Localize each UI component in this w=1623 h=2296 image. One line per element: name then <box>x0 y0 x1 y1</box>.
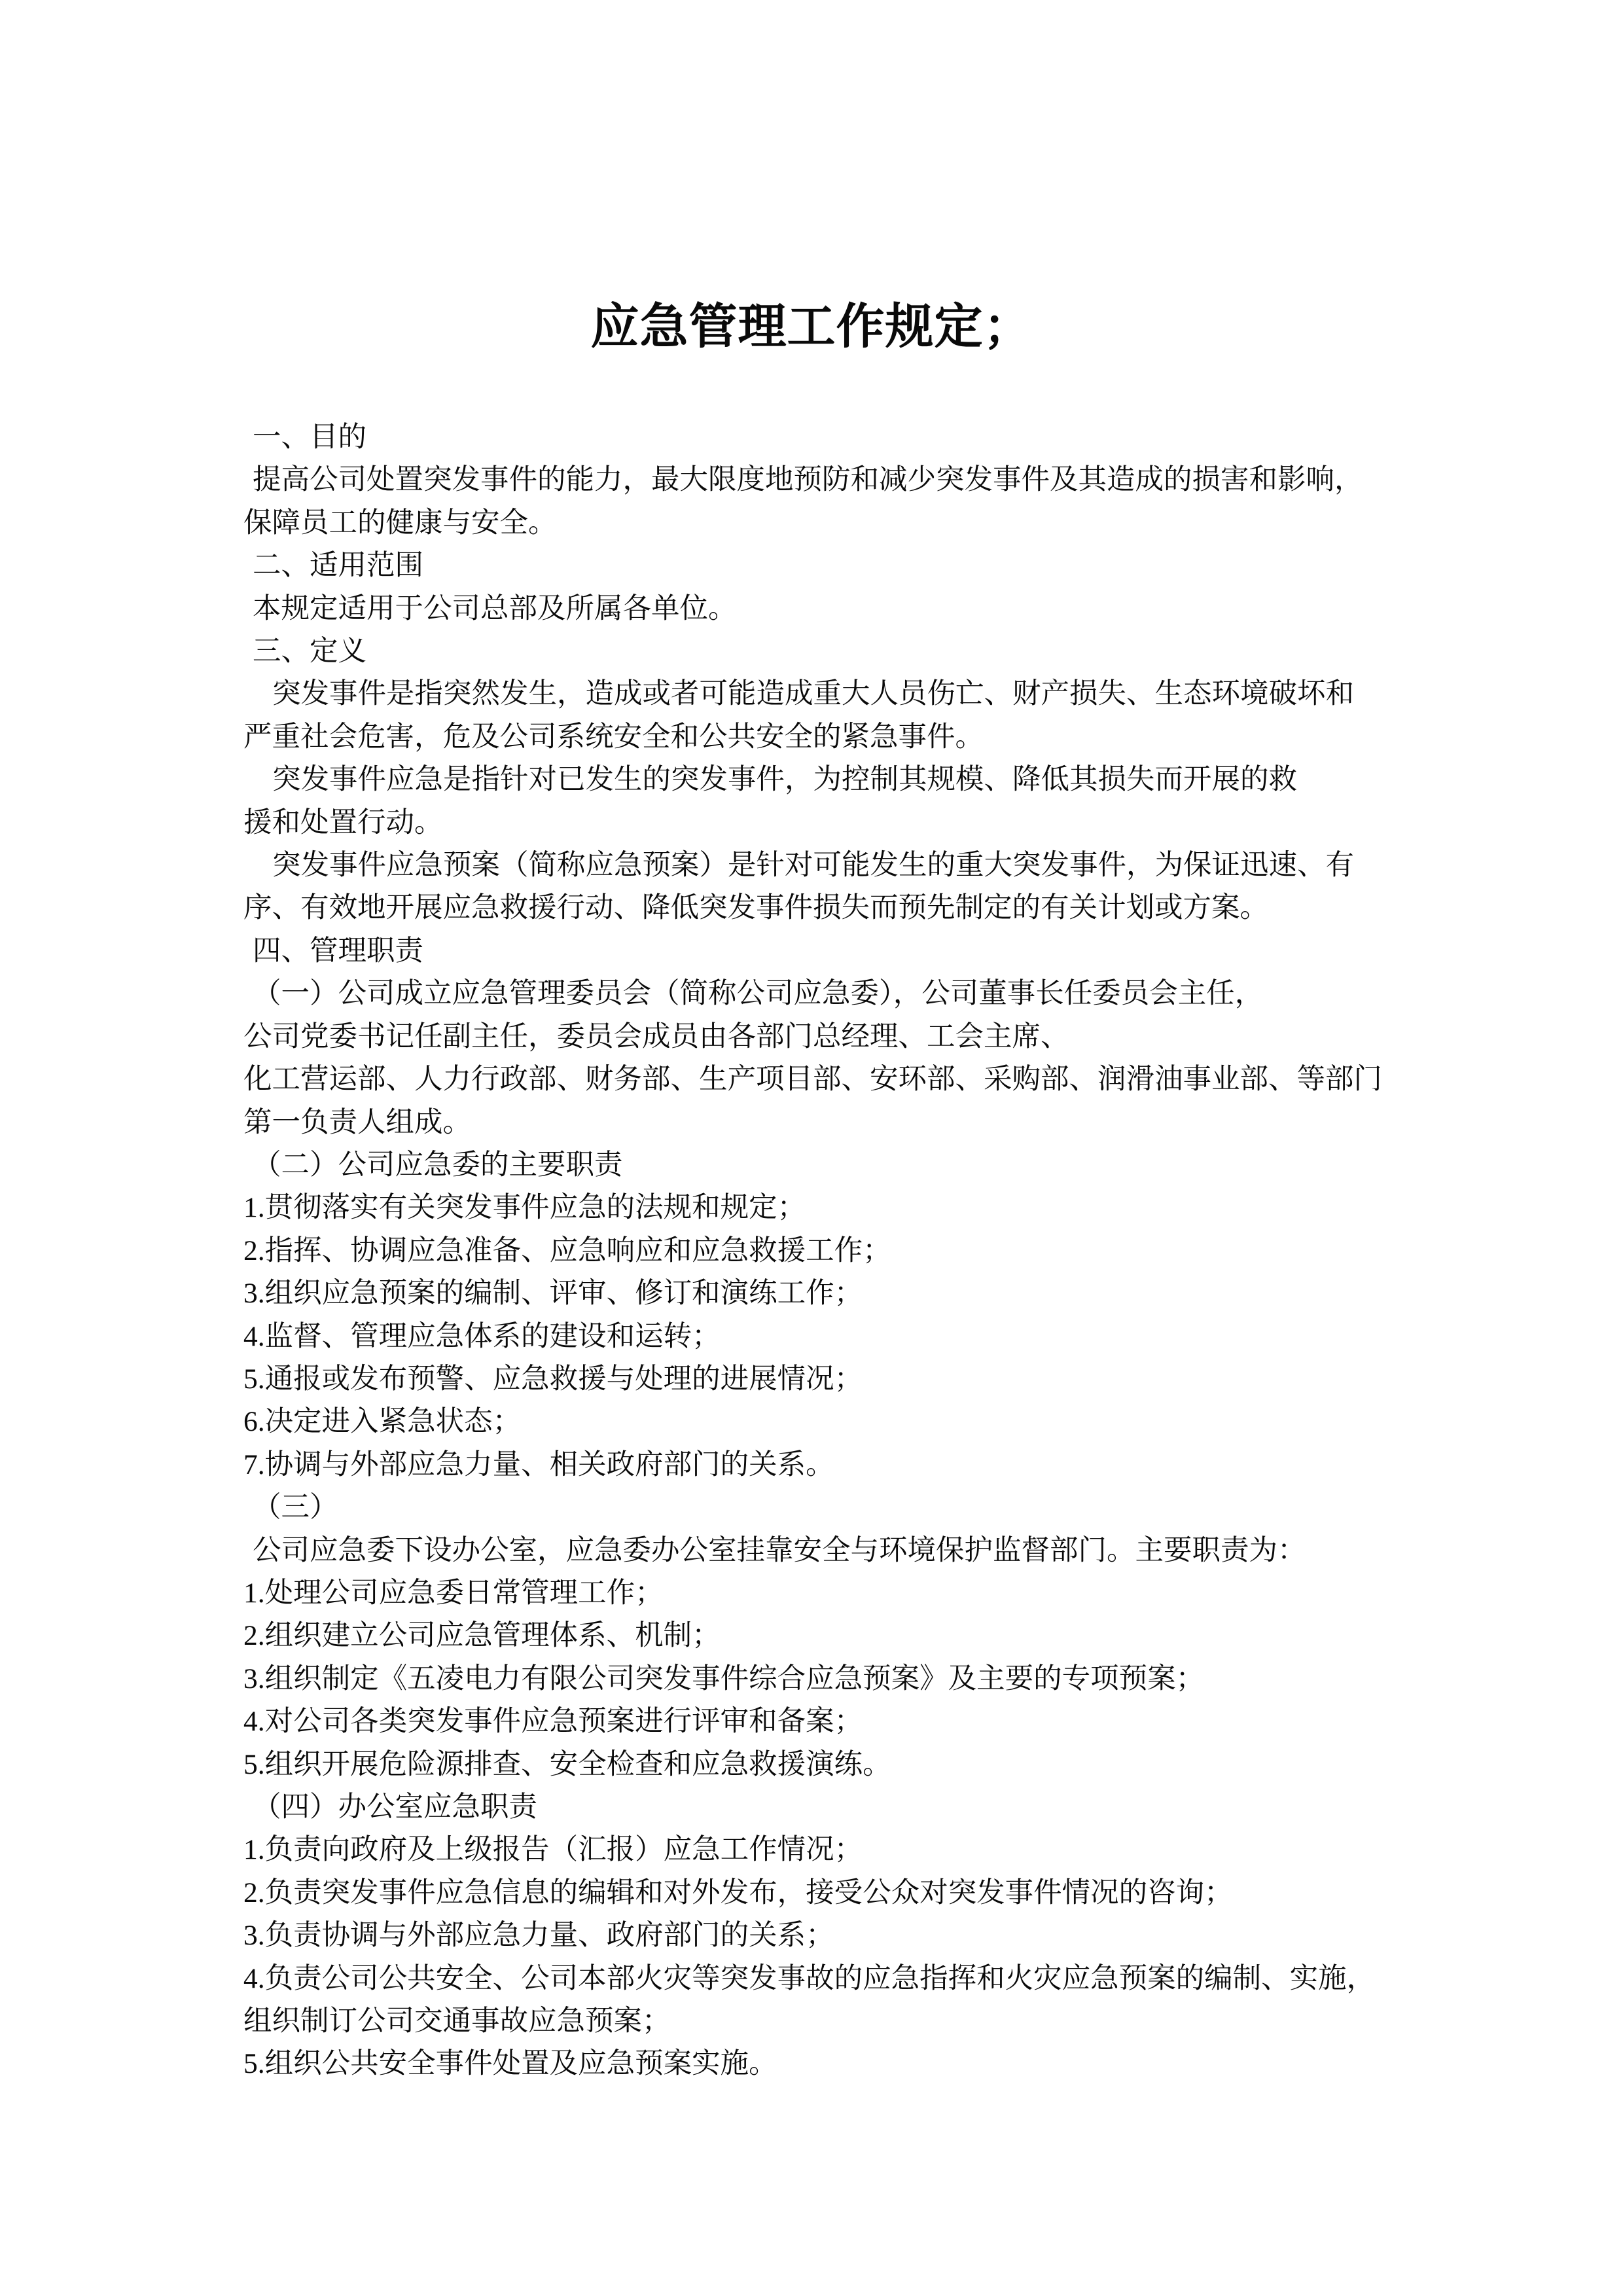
text-line: 一、目的 <box>243 416 1421 459</box>
text-line: 公司应急委下设办公室，应急委办公室挂靠安全与环境保护监督部门。主要职责为： <box>243 1530 1421 1572</box>
text-line: 序、有效地开展应急救援行动、降低突发事件损失而预先制定的有关计划或方案。 <box>243 887 1421 929</box>
text-line: 公司党委书记任副主任，委员会成员由各部门总经理、工会主席、 <box>243 1016 1421 1058</box>
text-line: 突发事件应急是指针对已发生的突发事件，为控制其规模、降低其损失而开展的救 <box>243 759 1421 801</box>
text-line: 1.负责向政府及上级报告（汇报）应急工作情况； <box>243 1829 1421 1871</box>
text-line: 援和处置行动。 <box>243 802 1421 844</box>
text-line: 保障员工的健康与安全。 <box>243 502 1421 545</box>
text-line: 4.负责公司公共安全、公司本部火灾等突发事故的应急指挥和火灾应急预案的编制、实施… <box>243 1958 1421 2000</box>
text-line: 二、适用范围 <box>243 545 1421 587</box>
text-line: 1.处理公司应急委日常管理工作； <box>243 1572 1421 1615</box>
text-line: 2.负责突发事件应急信息的编辑和对外发布，接受公众对突发事件情况的咨询； <box>243 1872 1421 1914</box>
text-line: 4.对公司各类突发事件应急预案进行评审和备案； <box>243 1700 1421 1743</box>
text-line: 3.负责协调与外部应急力量、政府部门的关系； <box>243 1914 1421 1957</box>
text-line: 5.组织公共安全事件处置及应急预案实施。 <box>243 2043 1421 2085</box>
text-line: 突发事件应急预案（简称应急预案）是针对可能发生的重大突发事件，为保证迅速、有 <box>243 844 1421 887</box>
text-line: 2.指挥、协调应急准备、应急响应和应急救援工作； <box>243 1230 1421 1272</box>
text-line: 2.组织建立公司应急管理体系、机制； <box>243 1615 1421 1657</box>
text-line: 3.组织制定《五凌电力有限公司突发事件综合应急预案》及主要的专项预案； <box>243 1658 1421 1700</box>
text-line: 1.贯彻落实有关突发事件应急的法规和规定； <box>243 1187 1421 1229</box>
text-line: 严重社会危害，危及公司系统安全和公共安全的紧急事件。 <box>243 716 1421 759</box>
text-line: 突发事件是指突然发生，造成或者可能造成重大人员伤亡、财产损失、生态环境破坏和 <box>243 673 1421 715</box>
text-line: （三） <box>243 1486 1421 1529</box>
text-line: 6.决定进入紧急状态； <box>243 1401 1421 1443</box>
text-line: 4.监督、管理应急体系的建设和运转； <box>243 1316 1421 1358</box>
text-line: 3.组织应急预案的编制、评审、修订和演练工作； <box>243 1272 1421 1315</box>
text-line: 三、定义 <box>243 630 1421 673</box>
text-line: 化工营运部、人力行政部、财务部、生产项目部、安环部、采购部、润滑油事业部、等部门 <box>243 1058 1421 1101</box>
document-title: 应急管理工作规定； <box>0 295 1623 360</box>
text-line: （四）办公室应急职责 <box>243 1786 1421 1829</box>
document-body: 一、目的 提高公司处置突发事件的能力，最大限度地预防和减少突发事件及其造成的损害… <box>243 416 1421 2086</box>
text-line: 7.协调与外部应急力量、相关政府部门的关系。 <box>243 1444 1421 1486</box>
text-line: 5.通报或发布预警、应急救援与处理的进展情况； <box>243 1358 1421 1401</box>
text-line: （二）公司应急委的主要职责 <box>243 1144 1421 1187</box>
text-line: 四、管理职责 <box>243 930 1421 973</box>
text-line: 本规定适用于公司总部及所属各单位。 <box>243 588 1421 630</box>
text-line: 提高公司处置突发事件的能力，最大限度地预防和减少突发事件及其造成的损害和影响， <box>243 459 1421 501</box>
text-line: （一）公司成立应急管理委员会（简称公司应急委），公司董事长任委员会主任， <box>243 973 1421 1015</box>
text-line: 第一负责人组成。 <box>243 1102 1421 1144</box>
document-page: 应急管理工作规定； 一、目的 提高公司处置突发事件的能力，最大限度地预防和减少突… <box>0 0 1623 2296</box>
text-line: 组织制订公司交通事故应急预案； <box>243 2000 1421 2043</box>
text-line: 5.组织开展危险源排查、安全检查和应急救援演练。 <box>243 1744 1421 1786</box>
